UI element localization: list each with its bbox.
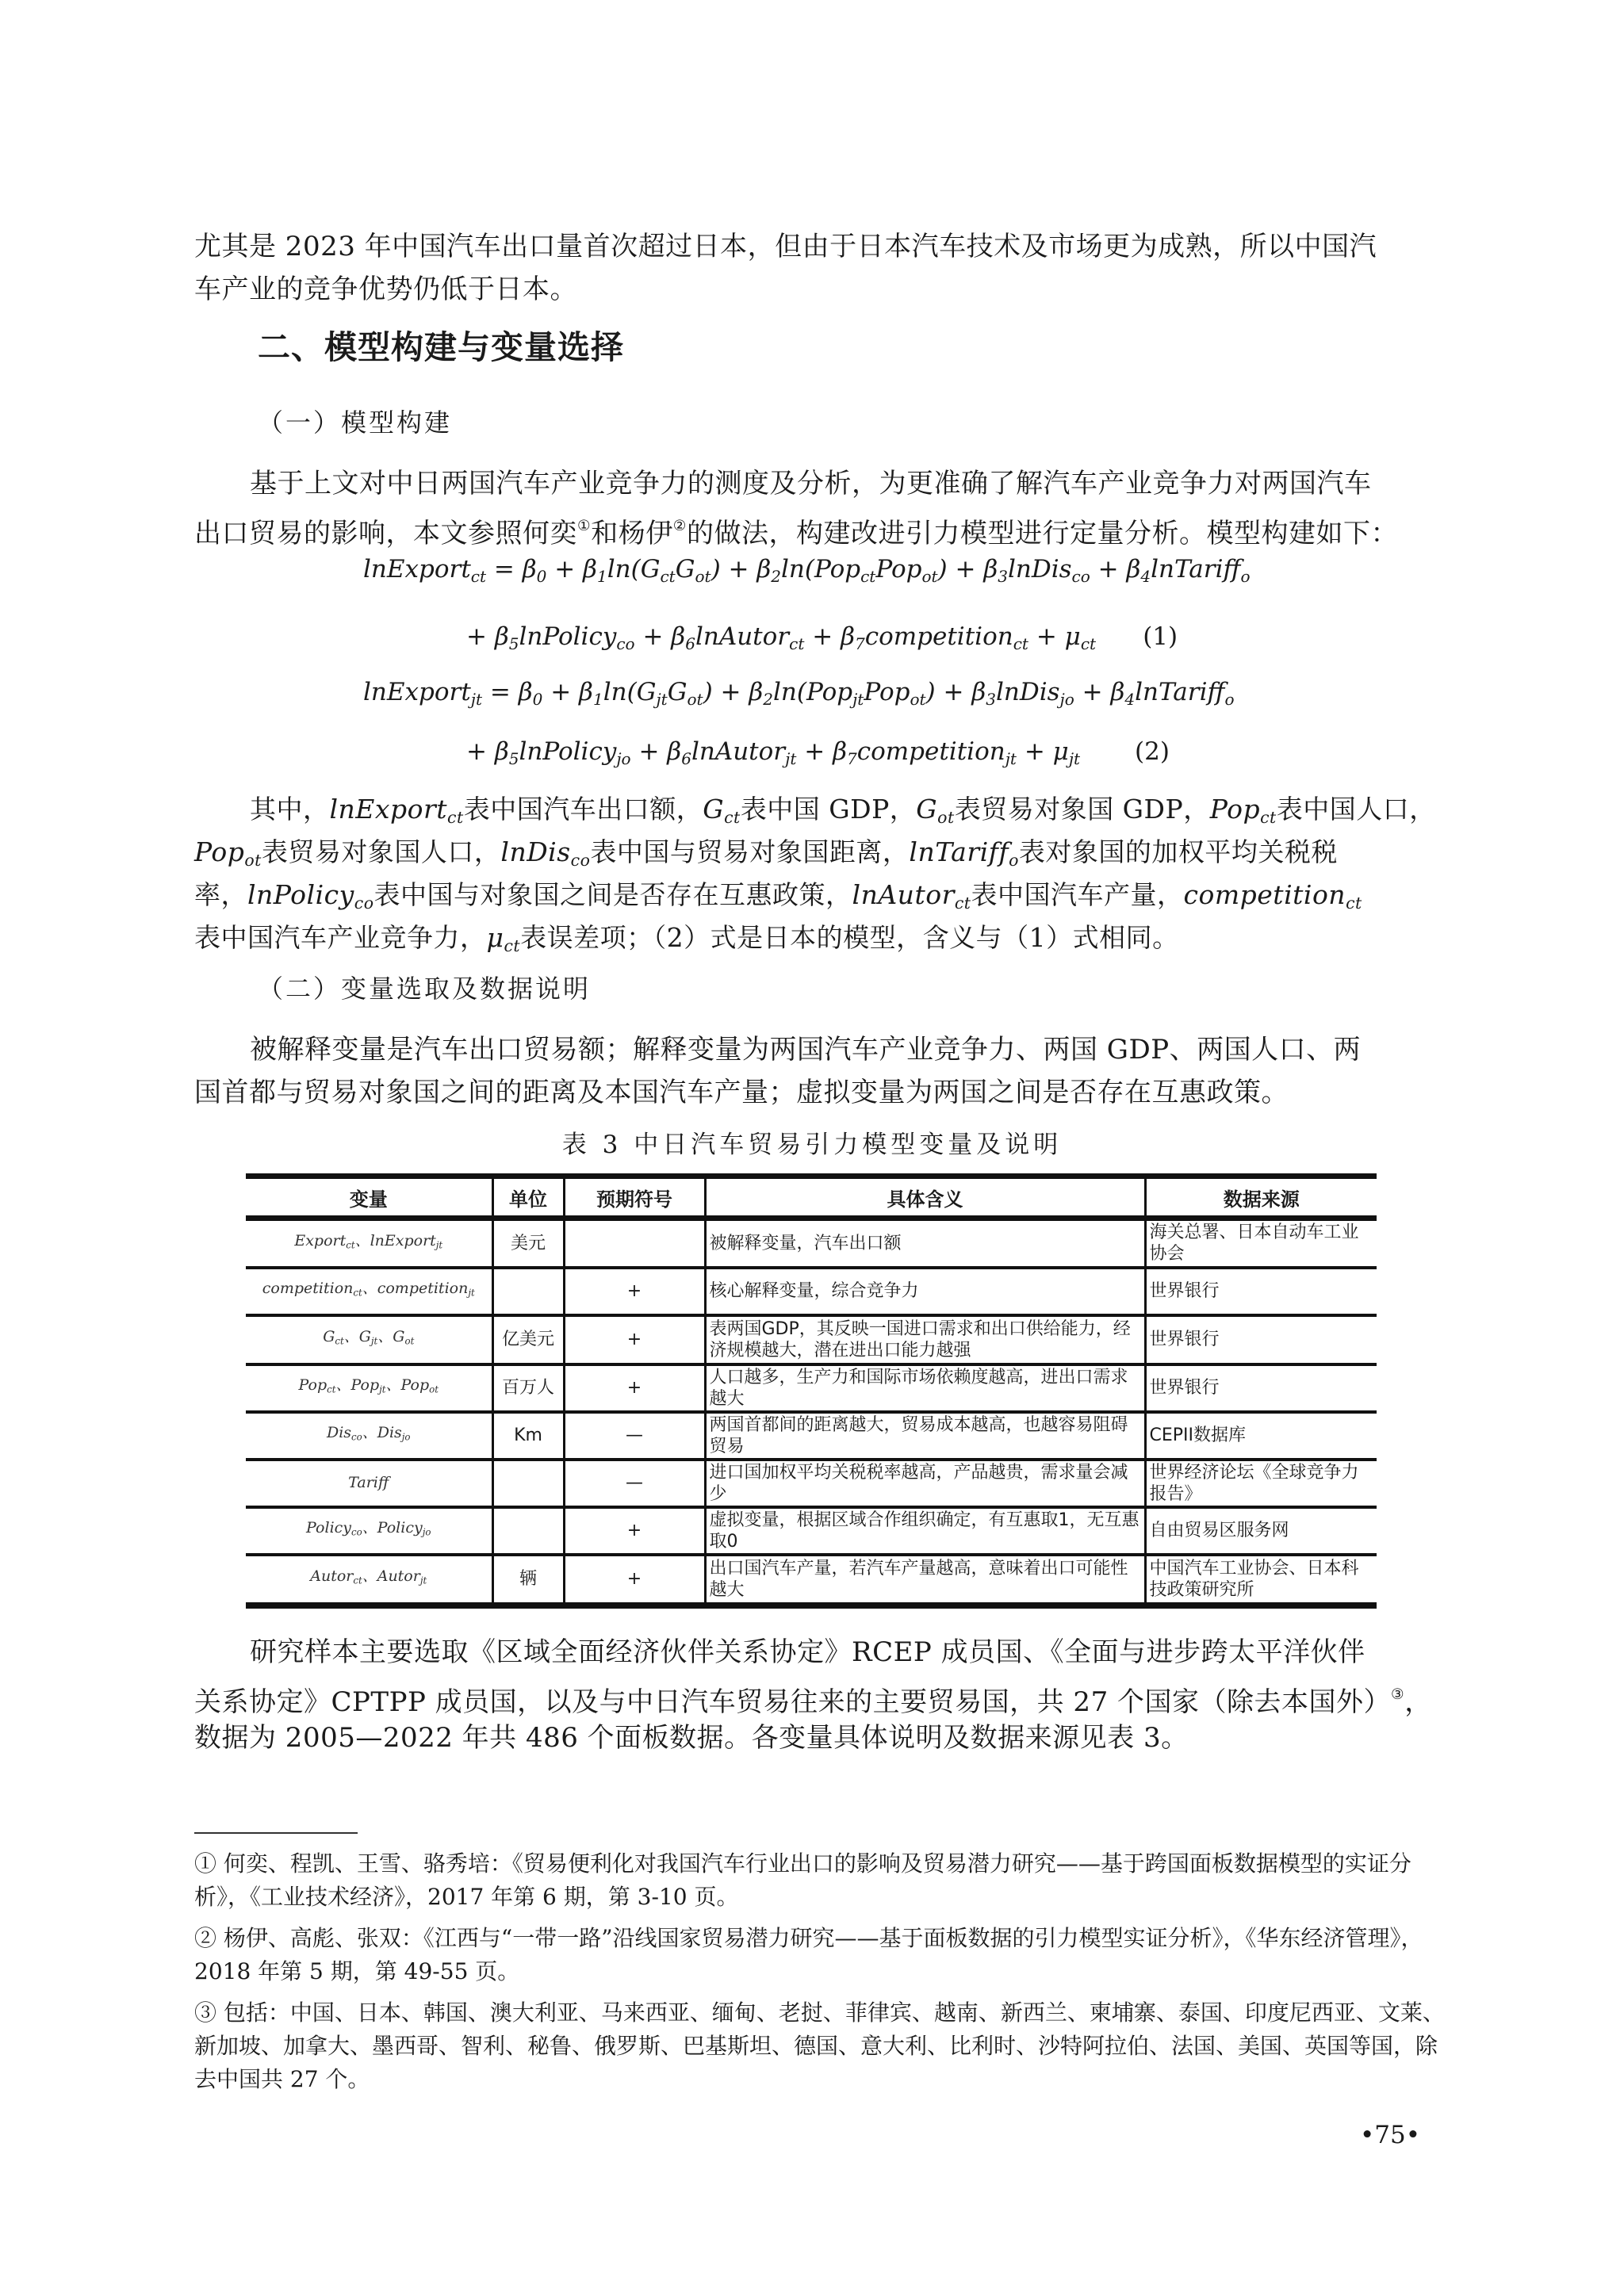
cell-unit: 百万人 [492,1364,564,1412]
text-line: 尤其是 2023 年中国汽车出口量首次超过日本，但由于日本汽车技术及市场更为成熟… [194,225,1455,268]
text-span: 表中国 GDP， [741,794,917,825]
math-var: lnPolicyco [247,879,374,910]
cell-variable: Gct、Gjt、Got [246,1315,492,1364]
footnote-text: 杨伊、高彪、张双：《江西与“一带一路”沿线国家贸易潜力研究——基于面板数据的引力… [194,1925,1423,1984]
table-row: Exportct、lnExportjt 美元 被解释变量，汽车出口额 海关总署、… [246,1219,1377,1268]
footnote-text: 何奕、程凯、王雪、骆秀培：《贸易便利化对我国汽车行业出口的影响及贸易潜力研究——… [194,1850,1411,1910]
cell-unit: 美元 [492,1219,564,1268]
cell-variable: competitionct、competitionjt [246,1268,492,1315]
column-header-meaning: 具体含义 [705,1177,1145,1219]
subsection-heading-model: （一）模型构建 [258,403,452,439]
cell-source: 世界银行 [1145,1364,1377,1412]
text-span: 表贸易对象国 GDP， [955,794,1210,825]
math-var: lnDisco [500,836,590,867]
footnote-1: ① 何奕、程凯、王雪、骆秀培：《贸易便利化对我国汽车行业出口的影响及贸易潜力研究… [194,1847,1455,1914]
cell-sign: + [564,1315,705,1364]
model-intro-paragraph: 基于上文对中日两国汽车产业竞争力的测度及分析，为更准确了解汽车产业竞争力对两国汽… [194,462,1455,548]
table-row: Policyco、Policyjo + 虚拟变量，根据区域合作组织确定，有互惠取… [246,1507,1377,1555]
cell-unit [492,1460,564,1507]
cell-unit: Km [492,1412,564,1460]
intro-paragraph: 尤其是 2023 年中国汽车出口量首次超过日本，但由于日本汽车技术及市场更为成熟… [194,225,1455,311]
table-row: competitionct、competitionjt + 核心解释变量，综合竞… [246,1268,1377,1315]
cell-meaning: 表两国GDP，其反映一国进口需求和出口供给能力，经济规模越大，潜在进出口能力越强 [705,1315,1145,1364]
cell-sign: + [564,1555,705,1605]
text-span: 率， [194,879,247,910]
cell-meaning: 虚拟变量，根据区域合作组织确定，有互惠取1，无互惠取0 [705,1507,1145,1555]
cell-meaning: 进口国加权平均关税税率越高，产品越贵，需求量会减少 [705,1460,1145,1507]
cell-variable: Policyco、Policyjo [246,1507,492,1555]
table-row: Disco、Disjo Km — 两国首都间的距离越大，贸易成本越高，也越容易阻… [246,1412,1377,1460]
text-span: 关系协定》CPTPP 成员国，以及与中日汽车贸易往来的主要贸易国，共 27 个国… [194,1686,1391,1718]
text-span: 表中国汽车产量， [971,879,1184,910]
equation-1-line-2: + β5lnPolicyco + β6lnAutorct + β7competi… [466,622,1178,653]
text-span: ， [1404,1686,1432,1718]
cell-variable: Exportct、lnExportjt [246,1219,492,1268]
text-line: 国首都与贸易对象国之间的距离及本国汽车产量；虚拟变量为两国之间是否存在互惠政策。 [194,1071,1455,1114]
text-span: 表中国与贸易对象国距离， [590,836,909,867]
math-var: lnExportct [330,794,464,825]
footnote-2: ② 杨伊、高彪、张双：《江西与“一带一路”沿线国家贸易潜力研究——基于面板数据的… [194,1922,1455,1988]
text-line: 被解释变量是汽车出口贸易额；解释变量为两国汽车产业竞争力、两国 GDP、两国人口… [194,1028,1455,1071]
cell-sign: + [564,1364,705,1412]
text-span: 和杨伊 [591,518,673,549]
text-span: 表误差项；（2）式是日本的模型，含义与（1）式相同。 [520,922,1179,953]
table-row: Tariff — 进口国加权平均关税税率越高，产品越贵，需求量会减少 世界经济论… [246,1460,1377,1507]
text-span: 表中国汽车出口额， [464,794,703,825]
cell-source: 世界经济论坛《全球竞争力报告》 [1145,1460,1377,1507]
cell-variable: Popct、Popjt、Popot [246,1364,492,1412]
cell-source: 中国汽车工业协会、日本科技政策研究所 [1145,1555,1377,1605]
cell-unit [492,1268,564,1315]
text-span: 表对象国的加权平均关税税 [1019,836,1338,867]
text-span: 出口贸易的影响，本文参照何奕 [194,518,577,549]
cell-sign: — [564,1460,705,1507]
cell-meaning: 人口越多，生产力和国际市场依赖度越高，进出口需求越大 [705,1364,1145,1412]
cell-unit: 辆 [492,1555,564,1605]
cell-source: 海关总署、日本自动车工业协会 [1145,1219,1377,1268]
footnote-divider [194,1832,358,1834]
table-row: Gct、Gjt、Got 亿美元 + 表两国GDP，其反映一国进口需求和出口供给能… [246,1315,1377,1364]
footnote-ref-2[interactable]: ② [673,518,687,534]
footnote-3: ③ 包括：中国、日本、韩国、澳大利亚、马来西亚、缅甸、老挝、菲律宾、越南、新西兰… [194,1996,1455,2096]
cell-unit [492,1507,564,1555]
column-header-source: 数据来源 [1145,1177,1377,1219]
table-row: Autorct、Autorjt 辆 + 出口国汽车产量，若汽车产量越高，意味着出… [246,1555,1377,1605]
cell-source: 世界银行 [1145,1268,1377,1315]
cell-meaning: 两国首都间的距离越大，贸易成本越高，也越容易阻碍贸易 [705,1412,1145,1460]
text-span: 表中国汽车产业竞争力， [194,922,487,953]
column-header-unit: 单位 [492,1177,564,1219]
text-line: 关系协定》CPTPP 成员国，以及与中日汽车贸易往来的主要贸易国，共 27 个国… [194,1674,1455,1716]
cell-variable: Disco、Disjo [246,1412,492,1460]
math-var: lnAutorct [852,879,971,910]
equation-2-line-1: lnExportjt = β0 + β1ln(GjtGot) + β2ln(Po… [363,678,1235,709]
text-line: 基于上文对中日两国汽车产业竞争力的测度及分析，为更准确了解汽车产业竞争力对两国汽… [194,462,1455,505]
cell-unit: 亿美元 [492,1315,564,1364]
footnote-mark: ① [194,1850,216,1877]
cell-sign: + [564,1507,705,1555]
text-span: 其中， [250,794,330,825]
math-var: Popot [194,836,262,867]
math-var: lnTariffo [909,836,1019,867]
math-var: Gct [703,794,741,825]
cell-sign: — [564,1412,705,1460]
cell-meaning: 出口国汽车产量，若汽车产量越高，意味着出口可能性越大 [705,1555,1145,1605]
math-var: μct [487,922,521,953]
subsection-heading-variables: （二）变量选取及数据说明 [258,969,591,1005]
cell-sign: + [564,1268,705,1315]
section-heading: 二、模型构建与变量选择 [258,321,624,368]
cell-source: CEPII数据库 [1145,1412,1377,1460]
table-header-row: 变量 单位 预期符号 具体含义 数据来源 [246,1177,1377,1219]
text-span: 表中国人口， [1277,794,1436,825]
footnote-ref-1[interactable]: ① [577,518,591,534]
footnote-ref-3[interactable]: ③ [1391,1686,1404,1703]
equation-1-line-1: lnExportct = β0 + β1ln(GctGot) + β2ln(Po… [363,555,1251,586]
definitions-paragraph: 其中，lnExportct表中国汽车出口额，Gct表中国 GDP，Got表贸易对… [194,788,1455,959]
equation-number: (1) [1143,622,1178,651]
cell-source: 世界银行 [1145,1315,1377,1364]
table-row: Popct、Popjt、Popot 百万人 + 人口越多，生产力和国际市场依赖度… [246,1364,1377,1412]
footnote-text: 包括：中国、日本、韩国、澳大利亚、马来西亚、缅甸、老挝、菲律宾、越南、新西兰、柬… [194,1999,1445,2092]
cell-meaning: 被解释变量，汽车出口额 [705,1219,1145,1268]
text-span: 表贸易对象国人口， [262,836,501,867]
math-var: Popct [1210,794,1277,825]
cell-sign [564,1219,705,1268]
footnotes: ① 何奕、程凯、王雪、骆秀培：《贸易便利化对我国汽车行业出口的影响及贸易潜力研究… [194,1847,1455,2104]
text-line: 车产业的竞争优势仍低于日本。 [194,268,1455,311]
text-line: 数据为 2005—2022 年共 486 个面板数据。各变量具体说明及数据来源见… [194,1716,1455,1759]
text-line: 其中，lnExportct表中国汽车出口额，Gct表中国 GDP，Got表贸易对… [194,788,1455,831]
cell-variable: Autorct、Autorjt [246,1555,492,1605]
table-caption: 表 3 中日汽车贸易引力模型变量及说明 [0,1124,1624,1160]
text-line: Popot表贸易对象国人口，lnDisco表中国与贸易对象国距离，lnTarif… [194,831,1455,874]
column-header-sign: 预期符号 [564,1177,705,1219]
text-line: 研究样本主要选取《区域全面经济伙伴关系协定》RCEP 成员国、《全面与进步跨太平… [194,1631,1455,1674]
variables-table: 变量 单位 预期符号 具体含义 数据来源 Exportct、lnExportjt… [246,1173,1377,1609]
footnote-mark: ③ [194,1999,216,2026]
sample-paragraph: 研究样本主要选取《区域全面经济伙伴关系协定》RCEP 成员国、《全面与进步跨太平… [194,1631,1455,1759]
variables-paragraph: 被解释变量是汽车出口贸易额；解释变量为两国汽车产业竞争力、两国 GDP、两国人口… [194,1028,1455,1114]
column-header-variable: 变量 [246,1177,492,1219]
cell-variable: Tariff [246,1460,492,1507]
equation-2-line-2: + β5lnPolicyjo + β6lnAutorjt + β7competi… [466,737,1170,768]
page-number: •75• [1360,2121,1420,2149]
text-span: 的做法，构建改进引力模型进行定量分析。模型构建如下： [687,518,1398,549]
equation-number: (2) [1135,737,1170,766]
cell-source: 自由贸易区服务网 [1145,1507,1377,1555]
math-var: Got [916,794,954,825]
text-line: 率，lnPolicyco表中国与对象国之间是否存在互惠政策，lnAutorct表… [194,874,1455,916]
footnote-mark: ② [194,1925,216,1951]
math-var: competitionct [1184,879,1362,910]
cell-meaning: 核心解释变量，综合竞争力 [705,1268,1145,1315]
text-line: 表中国汽车产业竞争力，μct表误差项；（2）式是日本的模型，含义与（1）式相同。 [194,916,1455,959]
text-span: 表中国与对象国之间是否存在互惠政策， [374,879,852,910]
text-line: 出口贸易的影响，本文参照何奕①和杨伊②的做法，构建改进引力模型进行定量分析。模型… [194,505,1455,548]
